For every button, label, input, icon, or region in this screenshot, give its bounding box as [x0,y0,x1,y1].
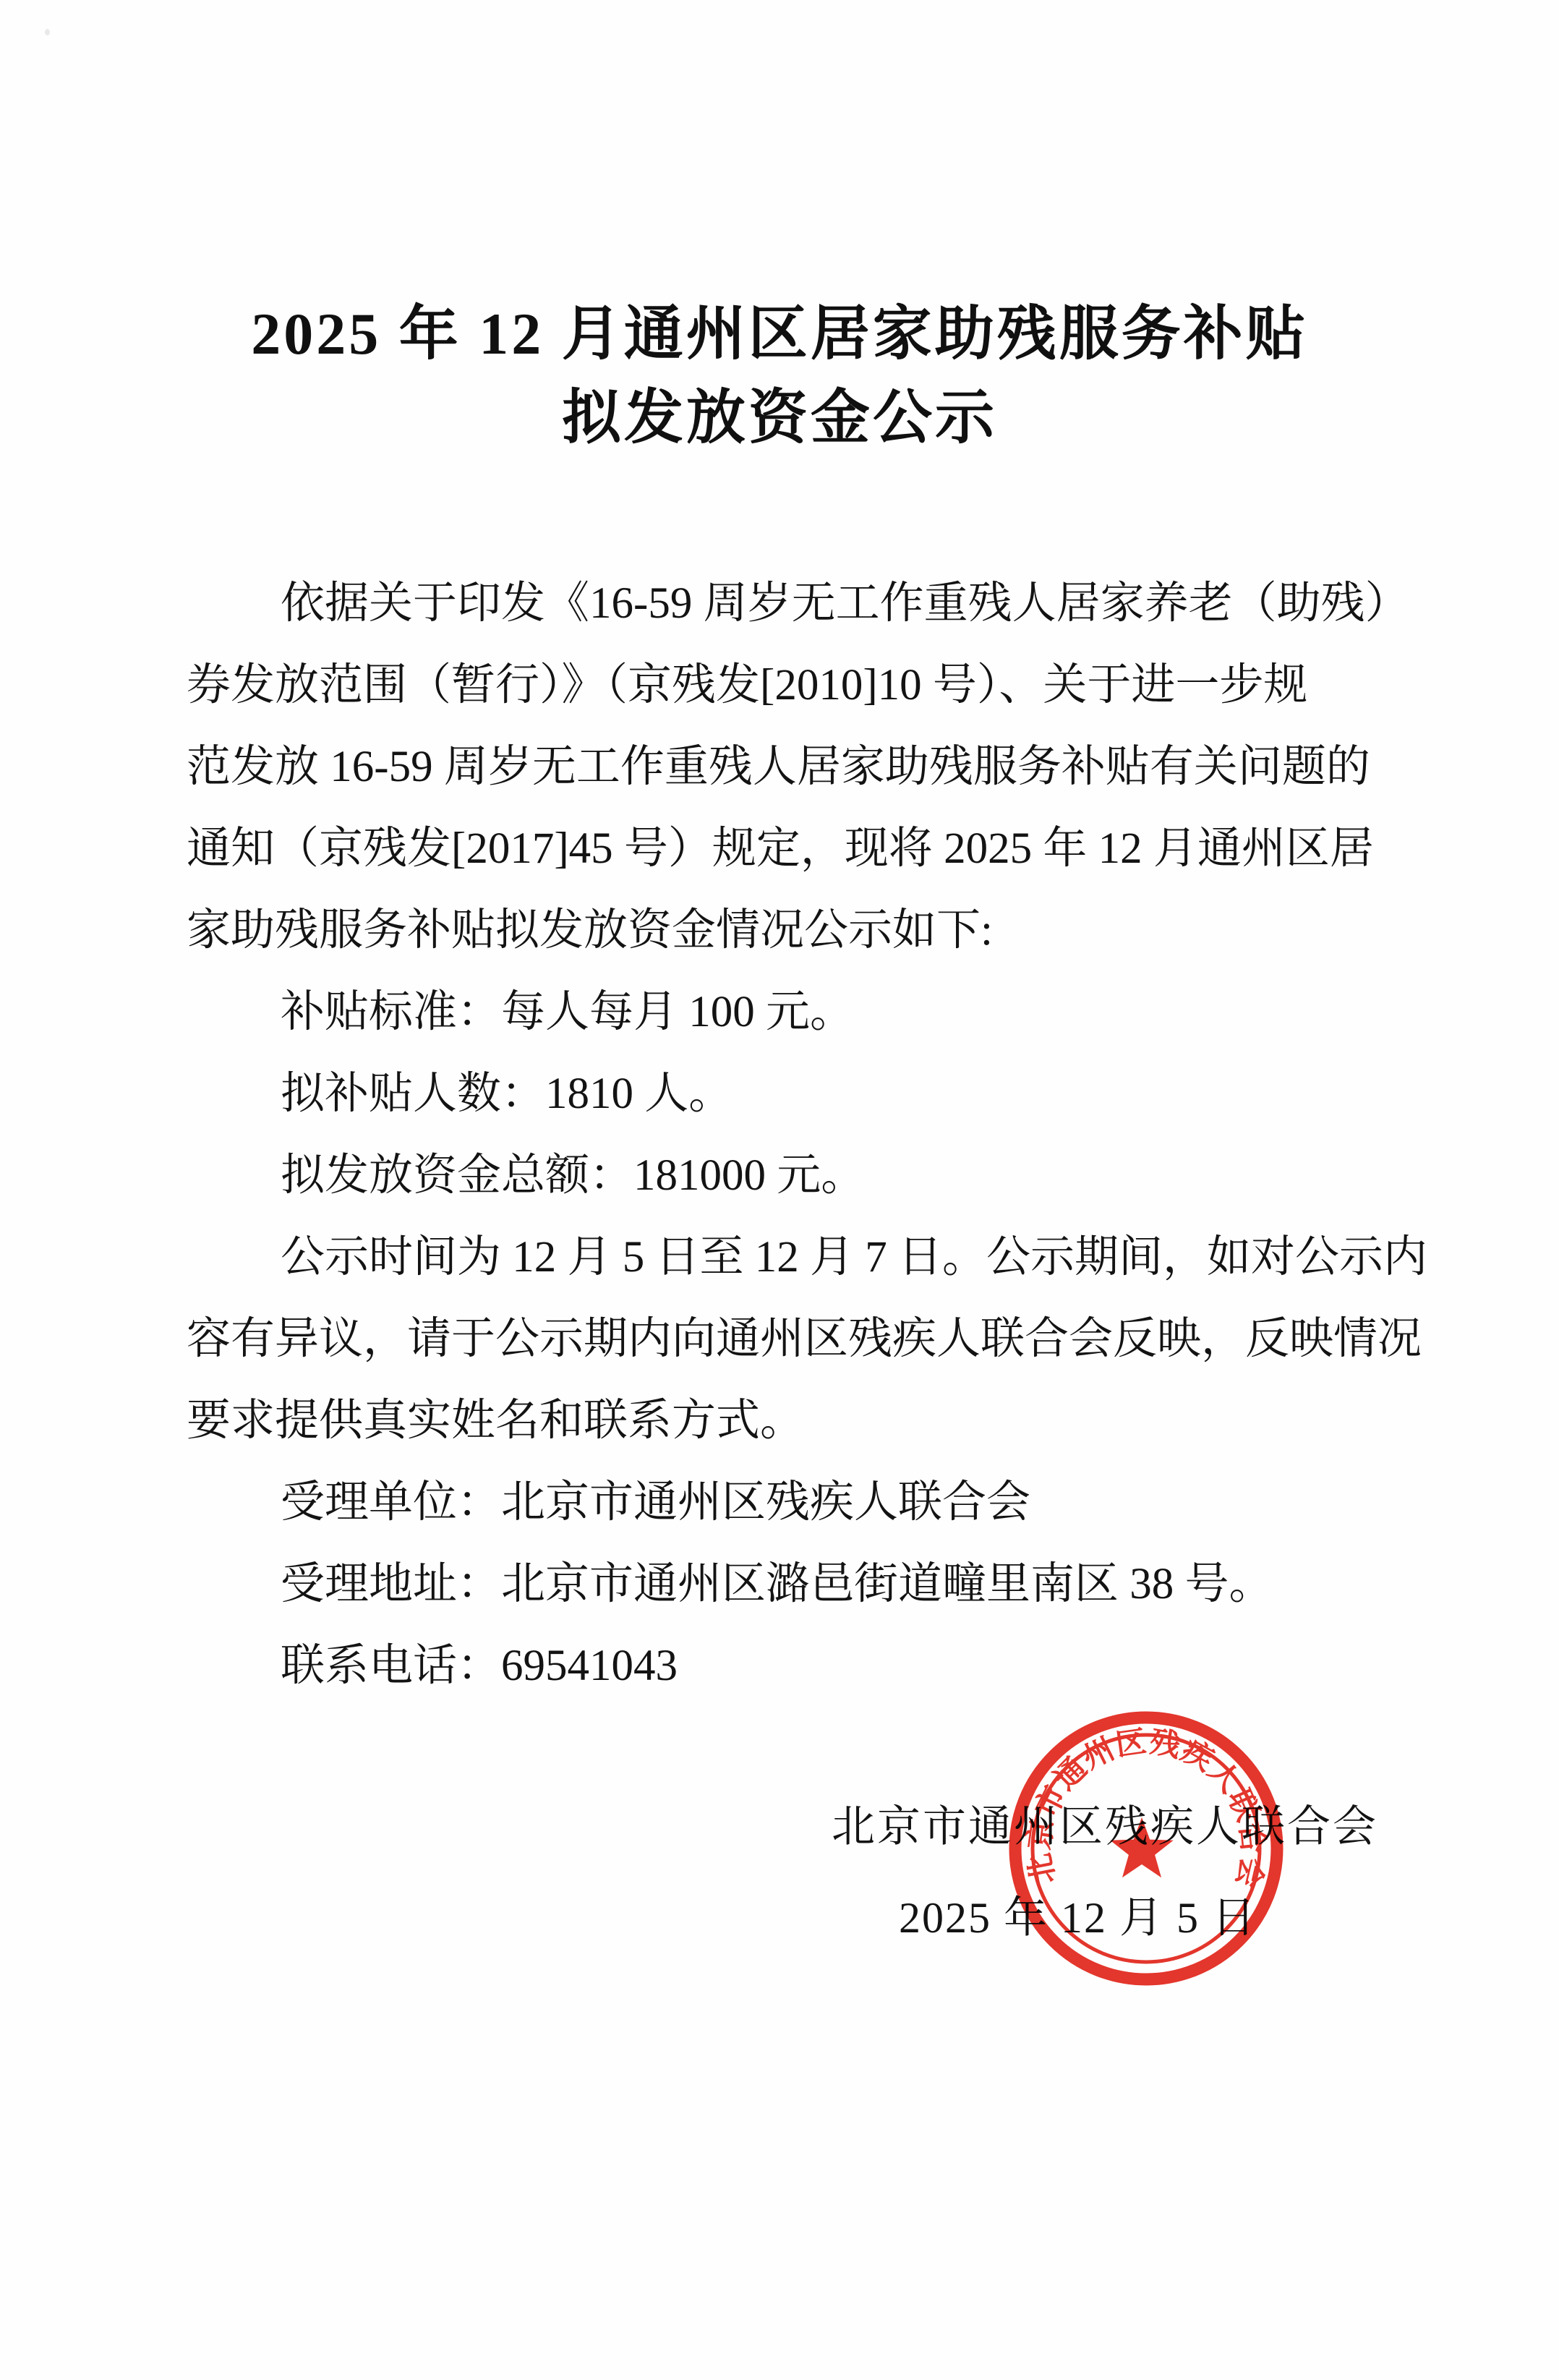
document-page: 2025 年 12 月通州区居家助残服务补贴 拟发放资金公示 依据关于印发《16… [0,0,1559,2380]
title-line-1: 2025 年 12 月通州区居家助残服务补贴 [0,292,1559,376]
body-line: 要求提供真实姓名和联系方式。 [187,1380,1416,1462]
body-line: 公示时间为 12 月 5 日至 12 月 7 日。公示期间，如对公示内 [187,1216,1416,1298]
body-line: 通知（京残发[2017]45 号）规定，现将 2025 年 12 月通州区居 [187,808,1416,890]
official-seal: 北京市通州区残疾人联合会 [973,1675,1320,2022]
body-line: 受理地址：北京市通州区潞邑街道疃里南区 38 号。 [187,1543,1416,1625]
document-body: 依据关于印发《16-59 周岁无工作重残人居家养老（助残） 券发放范围（暂行）》… [187,563,1416,1707]
body-line: 家助残服务补贴拟发放资金情况公示如下: [187,890,1416,971]
body-line: 券发放范围（暂行）》（京残发[2010]10 号）、关于进一步规 [187,644,1416,726]
body-line: 拟发放资金总额：181000 元。 [187,1135,1416,1216]
scan-speck [45,29,50,35]
red-star-icon [1110,1817,1173,1877]
body-line: 受理单位：北京市通州区残疾人联合会 [187,1462,1416,1543]
body-line: 依据关于印发《16-59 周岁无工作重残人居家养老（助残） [187,563,1416,644]
body-line: 范发放 16-59 周岁无工作重残人居家助残服务补贴有关问题的 [187,726,1416,808]
body-line: 补贴标准：每人每月 100 元。 [187,971,1416,1053]
title-line-2: 拟发放资金公示 [0,376,1559,460]
document-title: 2025 年 12 月通州区居家助残服务补贴 拟发放资金公示 [0,292,1559,460]
body-line: 拟补贴人数：1810 人。 [187,1053,1416,1135]
body-line: 容有异议，请于公示期内向通州区残疾人联合会反映，反映情况 [187,1298,1416,1380]
